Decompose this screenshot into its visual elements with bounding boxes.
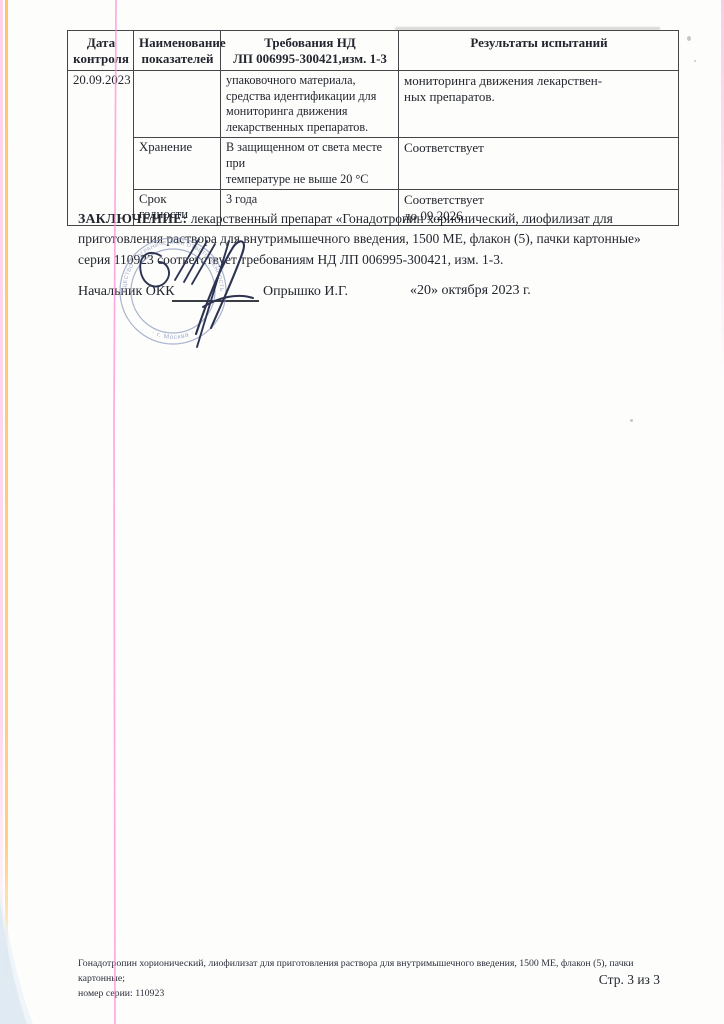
indicator-cell: Хранение — [134, 138, 221, 190]
header-date-of-control: Дата контроля — [68, 31, 134, 71]
stamp-ring-text-bottom: · г. Москва · — [150, 329, 195, 341]
requirement-cell: В защищенном от света месте при температ… — [221, 138, 399, 190]
left-edge-pink-strip — [0, 0, 3, 1024]
scan-speckle — [694, 60, 696, 62]
date-of-control-cell: 20.09.2023 — [68, 71, 134, 226]
table-header-row: Дата контроля Наименование показателей Т… — [68, 31, 679, 71]
table-row: 20.09.2023 упаковочного материала, средс… — [68, 71, 679, 138]
footer: Гонадотропин хорионический, лиофилизат д… — [78, 956, 660, 1001]
scan-speckle — [630, 419, 633, 422]
header-test-results: Результаты испытаний — [399, 31, 679, 71]
footer-series-line: номер серии: 110923 — [78, 986, 660, 1001]
scan-speckle — [687, 36, 691, 41]
result-cell: мониторинга движения лекарствен- ных пре… — [399, 71, 679, 138]
footer-product-line: Гонадотропин хорионический, лиофилизат д… — [78, 956, 660, 986]
conclusion-label: ЗАКЛЮЧЕНИЕ: — [78, 211, 187, 226]
result-cell: Соответствует — [399, 138, 679, 190]
table-row: Хранение В защищенном от света месте при… — [68, 138, 679, 190]
left-edge-yellow-line — [5, 0, 8, 995]
signatory-position-label: Начальник ОКК — [78, 284, 175, 300]
page-number: Стр. 3 из 3 — [599, 972, 660, 987]
scanned-document-page: { "table": { "headers": [ "Дата контроля… — [0, 0, 724, 1024]
signatory-name: Опрышко И.Г. — [263, 284, 348, 300]
header-indicator-name: Наименование показателей — [134, 31, 221, 71]
requirement-cell: упаковочного материала, средства идентиф… — [221, 71, 399, 138]
signature-date: «20» октября 2023 г. — [410, 283, 531, 299]
qc-results-table: Дата контроля Наименование показателей Т… — [67, 30, 679, 226]
header-nd-requirements: Требования НД ЛП 006995-300421,изм. 1-3 — [221, 31, 399, 71]
conclusion-paragraph: ЗАКЛЮЧЕНИЕ: лекарственный препарат «Гона… — [78, 209, 678, 271]
indicator-cell — [134, 71, 221, 138]
signature-line — [172, 300, 259, 302]
